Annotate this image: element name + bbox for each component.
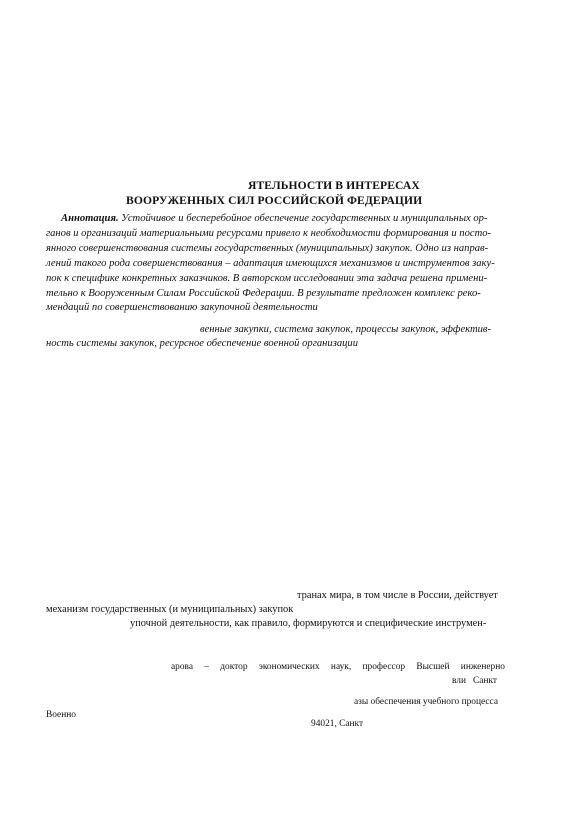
author-line-1: арова – доктор экономических наук, профе… xyxy=(171,663,505,672)
author-word: арова xyxy=(171,663,193,672)
abstract-line-7: мендаций по совершенствованию закупочной… xyxy=(46,303,318,314)
abstract-line-2: ганов и организаций материальными ресурс… xyxy=(46,229,491,240)
abstract-text: Устойчивое и бесперебойное обеспечение г… xyxy=(121,213,487,224)
abstract-line-6: тельно к Вооруженным Силам Российской Фе… xyxy=(46,289,481,300)
author-word: наук, xyxy=(331,663,351,672)
body-line-2: механизм государственных (и муниципальны… xyxy=(46,605,293,615)
author-line-2: вли Санкт xyxy=(452,677,497,686)
keywords-line-1: венные закупки, система закупок, процесс… xyxy=(200,325,491,336)
author-line-3: азы обеспечения учебного процесса xyxy=(354,698,498,707)
abstract-label: Аннотация. xyxy=(61,213,119,224)
author-line-4: Военно xyxy=(46,711,76,720)
author-word: – xyxy=(204,663,209,672)
body-line-3: упочной деятельности, как правило, форми… xyxy=(130,619,486,629)
author-word: экономических xyxy=(259,663,320,672)
author-word: инженерно xyxy=(461,663,505,672)
author-line-5: 94021, Санкт xyxy=(311,720,363,729)
author-word: Высшей xyxy=(416,663,449,672)
author-word: профессор xyxy=(363,663,406,672)
title-line-1: ЯТЕЛЬНОСТИ В ИНТЕРЕСАХ xyxy=(248,180,420,192)
abstract-line-4: лений такого рода совершенствования – ад… xyxy=(46,259,495,270)
abstract-line-3: янного совершенствования системы государ… xyxy=(46,244,488,255)
document-page: ЯТЕЛЬНОСТИ В ИНТЕРЕСАХ ВООРУЖЕННЫХ СИЛ Р… xyxy=(0,0,580,820)
abstract-line-1: Аннотация. Устойчивое и бесперебойное об… xyxy=(61,214,487,225)
abstract-line-5: пок к специфике конкретных заказчиков. В… xyxy=(46,274,487,285)
title-line-2: ВООРУЖЕННЫХ СИЛ РОССИЙСКОЙ ФЕДЕРАЦИИ xyxy=(126,195,422,207)
author-word: доктор xyxy=(220,663,247,672)
body-line-1: транах мира, в том числе в России, дейст… xyxy=(297,591,498,601)
keywords-line-2: ность системы закупок, ресурсное обеспеч… xyxy=(46,339,358,350)
